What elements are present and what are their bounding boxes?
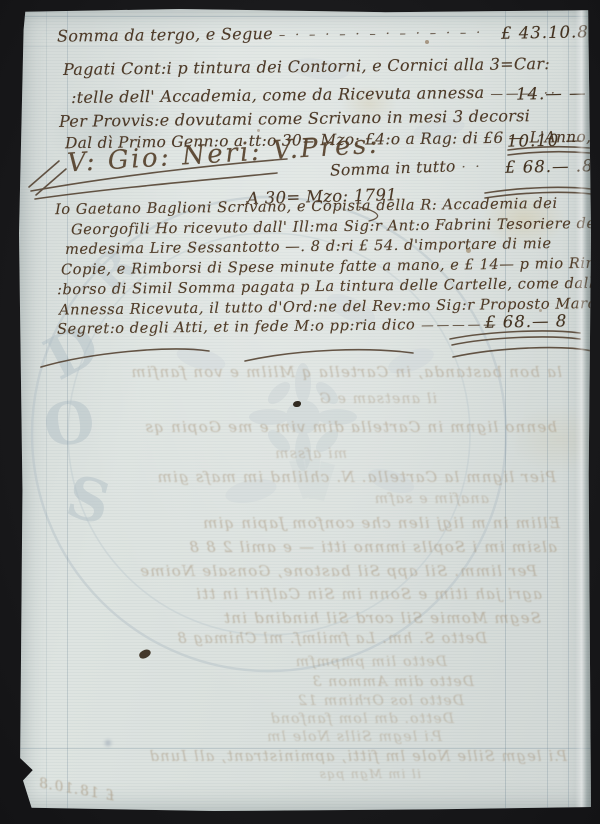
manuscript-page: D O S R [19, 9, 591, 811]
paper-crease [575, 9, 591, 811]
paper-speck [257, 129, 260, 132]
paper-speck [539, 309, 542, 312]
photo-background: D O S R [0, 0, 600, 824]
paper-specks [19, 9, 591, 811]
paper-speck [425, 40, 429, 44]
paper-speck [466, 248, 471, 253]
